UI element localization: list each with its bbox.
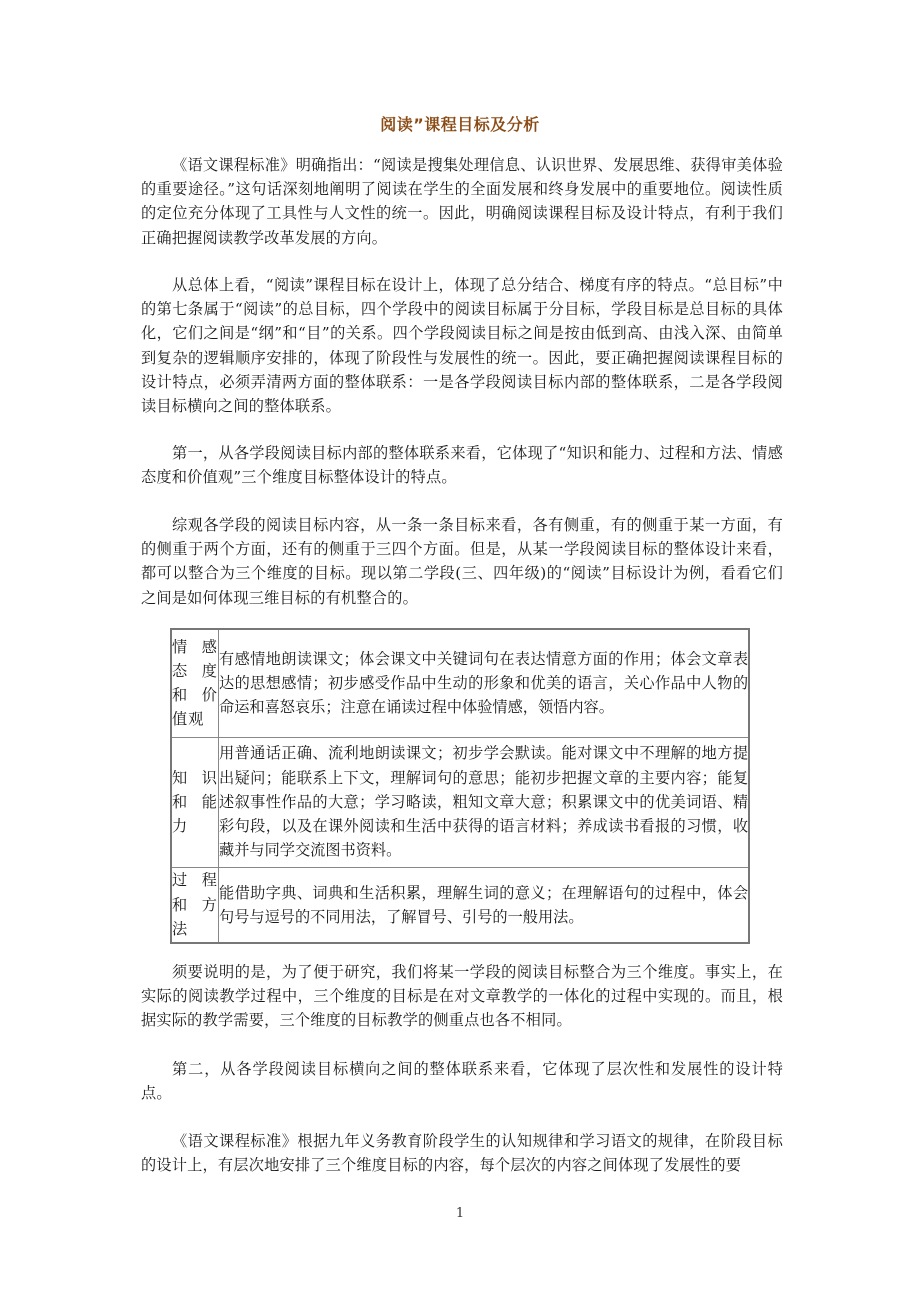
table-row: 情 感 态 度 和 价 值观 有感情地朗读课文；体会课文中关键词句在表达情意方面… (171, 629, 749, 737)
table-row: 过 程 和 方 法 能借助字典、词典和生活积累，理解生词的意义；在理解语句的过程… (171, 867, 749, 943)
dimension-label: 和 能 (172, 790, 218, 814)
dimension-label: 和 方 (172, 893, 218, 917)
dimension-label: 值观 (172, 707, 218, 731)
dimension-label: 情 感 (172, 635, 218, 659)
page-number: 1 (0, 1206, 920, 1221)
dimension-label: 知 识 (172, 766, 218, 790)
goal-content-cell: 有感情地朗读课文；体会课文中关键词句在表达情意方面的作用；体会文章表达的思想感情… (219, 629, 750, 737)
table-row: 知 识 和 能 力 用普通话正确、流利地朗读课文；初步学会默读。能对课文中不理解… (171, 737, 749, 867)
dimension-cell: 过 程 和 方 法 (171, 867, 219, 943)
paragraph-1: 《语文课程标准》明确指出：“阅读是搜集处理信息、认识世界、发展思维、获得审美体验… (141, 153, 783, 250)
goal-content-cell: 能借助字典、词典和生活积累，理解生词的意义；在理解语句的过程中，体会句号与逗号的… (219, 867, 750, 943)
goal-content-cell: 用普通话正确、流利地朗读课文；初步学会默读。能对课文中不理解的地方提出疑问；能联… (219, 737, 750, 867)
document-title: 阅读”课程目标及分析 (0, 112, 920, 135)
dimension-label: 过 程 (172, 868, 218, 892)
paragraph-4: 综观各学段的阅读目标内容，从一条一条目标来看，各有侧重，有的侧重于某一方面，有的… (141, 513, 783, 610)
paragraph-2: 从总体上看，“阅读”课程目标在设计上，体现了总分结合、梯度有序的特点。“总目标”… (141, 273, 783, 418)
dimension-label: 法 (172, 917, 218, 941)
reading-goals-table: 情 感 态 度 和 价 值观 有感情地朗读课文；体会课文中关键词句在表达情意方面… (170, 628, 750, 944)
document-page: 阅读”课程目标及分析 《语文课程标准》明确指出：“阅读是搜集处理信息、认识世界、… (0, 0, 920, 1302)
dimension-cell: 知 识 和 能 力 (171, 737, 219, 867)
paragraph-3: 第一，从各学段阅读目标内部的整体联系来看，它体现了“知识和能力、过程和方法、情感… (141, 441, 783, 489)
paragraph-5: 须要说明的是，为了便于研究，我们将某一学段的阅读目标整合为三个维度。事实上，在实… (141, 960, 783, 1033)
dimension-label: 态 度 (172, 659, 218, 683)
dimension-label: 和 价 (172, 683, 218, 707)
paragraph-6: 第二，从各学段阅读目标横向之间的整体联系来看，它体现了层次性和发展性的设计特点。 (141, 1057, 783, 1105)
dimension-label: 力 (172, 814, 218, 838)
dimension-cell: 情 感 态 度 和 价 值观 (171, 629, 219, 737)
paragraph-7: 《语文课程标准》根据九年义务教育阶段学生的认知规律和学习语文的规律，在阶段目标的… (141, 1129, 783, 1177)
